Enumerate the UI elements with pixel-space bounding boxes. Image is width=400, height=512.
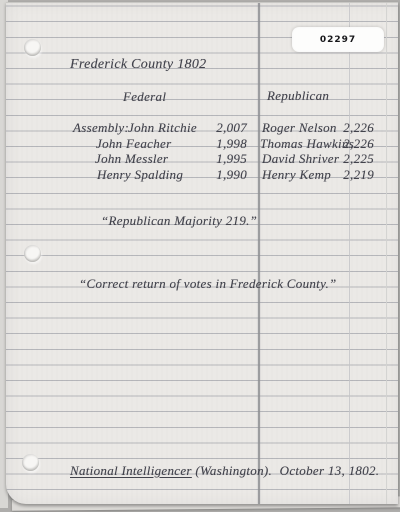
republican-candidate-votes: 2,226 — [316, 120, 374, 135]
federal-candidate-votes: 2,007 — [190, 120, 247, 135]
source-date: October 13, 1802. — [280, 463, 380, 478]
ruled-lines — [6, 2, 398, 504]
right-edge-line — [386, 3, 387, 504]
result-row: Henry Spalding 1,990 Henry Kemp 2,219 — [6, 167, 398, 183]
source-citation: National Intelligencer (Washington). Oct… — [70, 463, 379, 478]
punch-hole-middle — [24, 245, 41, 262]
federal-candidate-votes: 1,998 — [190, 136, 247, 151]
scanned-document: 02297 Frederick County 1802 Federal Repu… — [0, 0, 400, 512]
faint-vertical-line — [349, 3, 350, 504]
republican-candidate-votes: 2,226 — [316, 136, 374, 151]
vertical-crease-line — [258, 3, 260, 504]
page-title: Frederick County 1802 — [70, 57, 206, 72]
catalog-number: 02297 — [320, 35, 356, 45]
column-header-federal: Federal — [123, 89, 166, 104]
source-place: (Washington). — [195, 463, 272, 478]
federal-candidate-name: Henry Spalding — [97, 167, 183, 182]
federal-candidate-votes: 1,990 — [190, 167, 247, 182]
result-row: Assembly: John Ritchie 2,007 Roger Nelso… — [6, 120, 398, 136]
republican-candidate-votes: 2,219 — [316, 167, 374, 182]
punch-hole-top — [24, 39, 41, 56]
federal-candidate-name: John Ritchie — [128, 120, 197, 135]
federal-candidate-name: John Messler — [95, 151, 168, 166]
federal-candidate-votes: 1,995 — [190, 151, 247, 166]
office-label: Assembly: — [73, 120, 129, 135]
note-republican-majority: “Republican Majority 219.” — [101, 213, 257, 228]
result-row: John Messler 1,995 David Shriver 2,225 — [6, 151, 398, 167]
republican-candidate-votes: 2,225 — [316, 151, 374, 166]
punch-hole-bottom — [22, 454, 39, 471]
column-header-republican: Republican — [267, 88, 329, 103]
notebook-page: 02297 Frederick County 1802 Federal Repu… — [6, 2, 398, 504]
paper-texture — [6, 3, 398, 504]
catalog-number-sticker: 02297 — [292, 27, 384, 52]
federal-candidate-name: John Feacher — [96, 136, 171, 151]
result-row: John Feacher 1,998 Thomas Hawkins 2,226 — [6, 136, 398, 152]
source-publication: National Intelligencer — [70, 463, 192, 478]
note-correct-return: “Correct return of votes in Frederick Co… — [79, 276, 337, 291]
